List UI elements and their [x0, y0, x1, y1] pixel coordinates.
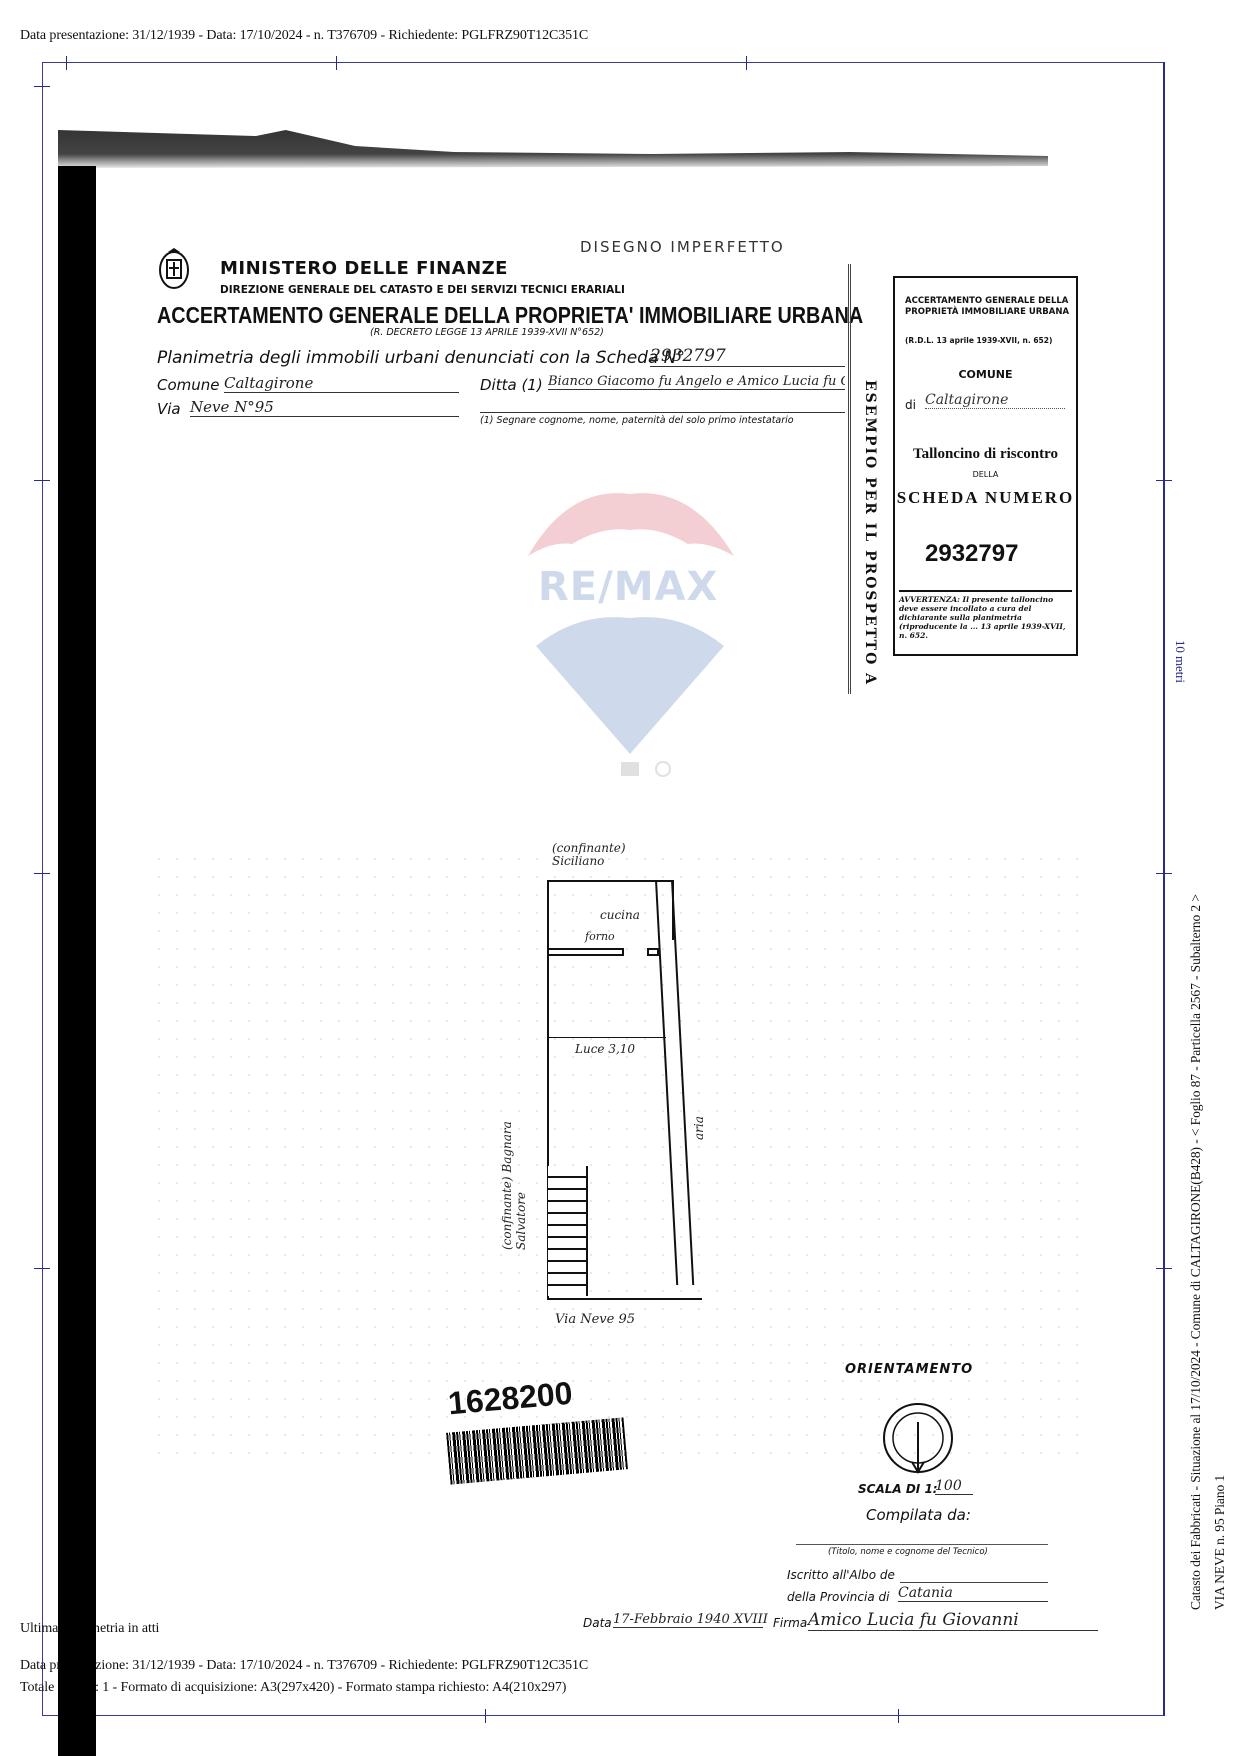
frame-tick [1156, 1268, 1172, 1269]
ministry-name: MINISTERO DELLE FINANZE [220, 258, 508, 279]
plan-right-label-wrap: aria [692, 1100, 712, 1140]
scale-label: SCALA DI 1: [858, 1482, 938, 1496]
graph-paper-grid [150, 850, 1080, 1470]
plan-right-label: aria [692, 1116, 706, 1140]
stamp-note: DISEGNO IMPERFETTO [580, 238, 785, 256]
footer-info-line-1: Data presentazione: 31/12/1939 - Data: 1… [20, 1658, 588, 1674]
plan-street-label: Via Neve 95 [555, 1312, 635, 1327]
comune-field: Caltagirone [224, 374, 459, 393]
remax-wordmark: RE/MAX [538, 564, 718, 610]
frame-tick [34, 86, 50, 87]
date-field: 17-Febbraio 1940 XVIII [613, 1612, 763, 1628]
cadastre-info-line: Catasto dei Fabbricati - Situazione al 1… [1188, 894, 1204, 1610]
comune-label: Comune [157, 376, 220, 394]
frame-tick [1156, 873, 1172, 874]
plan-left-neighbor-wrap: (confinante) Bagnara Salvatore [500, 1060, 540, 1250]
orientation-title: ORIENTAMENTO [845, 1362, 973, 1377]
plan-kitchen-sub: forno [585, 930, 615, 943]
remax-balloon-watermark: RE/MAX [508, 486, 752, 786]
stub-comune-label: COMUNE [895, 368, 1076, 381]
via-label: Via [157, 400, 181, 418]
frame-tick [66, 56, 67, 70]
stub-warning: AVVERTENZA: Il presente talloncino deve … [899, 590, 1072, 640]
ditta-label: Ditta (1) [480, 376, 543, 394]
scan-black-edge [58, 166, 96, 1756]
signature-label: Firma [773, 1616, 807, 1630]
plan-partition-stub [647, 948, 659, 956]
address-info-line: VIA NEVE n. 95 Piano 1 [1212, 1475, 1228, 1610]
ditta-footnote: (1) Segnare cognome, nome, paternità del… [480, 415, 794, 426]
decree-reference: (R. DECRETO LEGGE 13 APRILE 1939-XVII N°… [370, 327, 604, 338]
technician-line [796, 1544, 1048, 1545]
stub-title: ACCERTAMENTO GENERALE DELLA PROPRIETÀ IM… [905, 296, 1070, 318]
address-info-wrap: VIA NEVE n. 95 Piano 1 [1212, 1610, 1232, 1620]
stub-talloncino: Talloncino di riscontro [895, 446, 1076, 463]
plan-top-neighbor: (confinante) Siciliano [552, 842, 672, 868]
ditta-second-line [480, 412, 845, 413]
compiled-by-label: Compilata da: [866, 1506, 971, 1524]
cadastre-info-wrap: Catasto dei Fabbricati - Situazione al 1… [1188, 1610, 1208, 1620]
scheda-number-field: 2932797 [650, 346, 845, 367]
plan-staircase [548, 1166, 588, 1296]
planimetria-label: Planimetria degli immobili urbani denunc… [157, 348, 685, 368]
stub-scheda-numero: SCHEDA NUMERO [895, 488, 1076, 508]
stub-number: 2932797 [925, 540, 1018, 568]
frame-tick [336, 56, 337, 70]
stub-comune-field: Caltagirone [925, 392, 1065, 409]
frame-tick [34, 873, 50, 874]
frame-tick [34, 1268, 50, 1269]
plan-dimension-line [548, 1037, 666, 1038]
ditta-field: Bianco Giacomo fu Angelo e Amico Lucia f… [548, 374, 845, 390]
footer-info-line-2: Totale schede: 1 - Formato di acquisizio… [20, 1680, 566, 1696]
plan-partition [548, 948, 624, 956]
via-field: Neve N°95 [190, 398, 459, 417]
scale-10m-wrap: 10 metri [1172, 640, 1192, 700]
albo-label: Iscritto all'Albo de [787, 1568, 895, 1582]
frame-tick [34, 480, 50, 481]
stub-decree: (R.D.L. 13 aprile 1939-XVII, n. 652) [905, 336, 1052, 345]
plan-dimension-label: Luce 3,10 [575, 1042, 635, 1056]
province-field: Catania [898, 1585, 1048, 1602]
plan-left-neighbor: (confinante) Bagnara Salvatore [500, 1060, 528, 1250]
header-info-line: Data presentazione: 31/12/1939 - Data: 1… [20, 28, 588, 44]
plan-wall-bottom [547, 1298, 702, 1300]
scan-black-edge-bottom [58, 1600, 96, 1756]
stub-della: DELLA [895, 470, 1076, 479]
scale-10m-label: 10 metri [1172, 640, 1188, 683]
frame-tick [746, 56, 747, 70]
frame-tick [1156, 480, 1172, 481]
ministry-direction: DIREZIONE GENERALE DEL CATASTO E DEI SER… [220, 284, 625, 296]
compass-icon [878, 1400, 958, 1480]
frame-tick [898, 1709, 899, 1723]
technician-caption: (Titolo, nome e cognome del Tecnico) [828, 1547, 988, 1557]
albo-field [900, 1582, 1048, 1583]
stub-di-label: di [905, 398, 916, 412]
plan-kitchen-label: cucina [600, 908, 640, 922]
frame-right-edge [1163, 62, 1165, 1716]
frame-tick [485, 1709, 486, 1723]
signature-field: Amico Lucia fu Giovanni [808, 1610, 1098, 1631]
document-title: ACCERTAMENTO GENERALE DELLA PROPRIETA' I… [157, 302, 863, 329]
date-label: Data [583, 1616, 612, 1630]
province-label: della Provincia di [787, 1590, 889, 1604]
coat-of-arms-icon [157, 246, 191, 292]
talloncino-stub: ACCERTAMENTO GENERALE DELLA PROPRIETÀ IM… [893, 276, 1078, 656]
scale-value: 100 [935, 1478, 973, 1495]
